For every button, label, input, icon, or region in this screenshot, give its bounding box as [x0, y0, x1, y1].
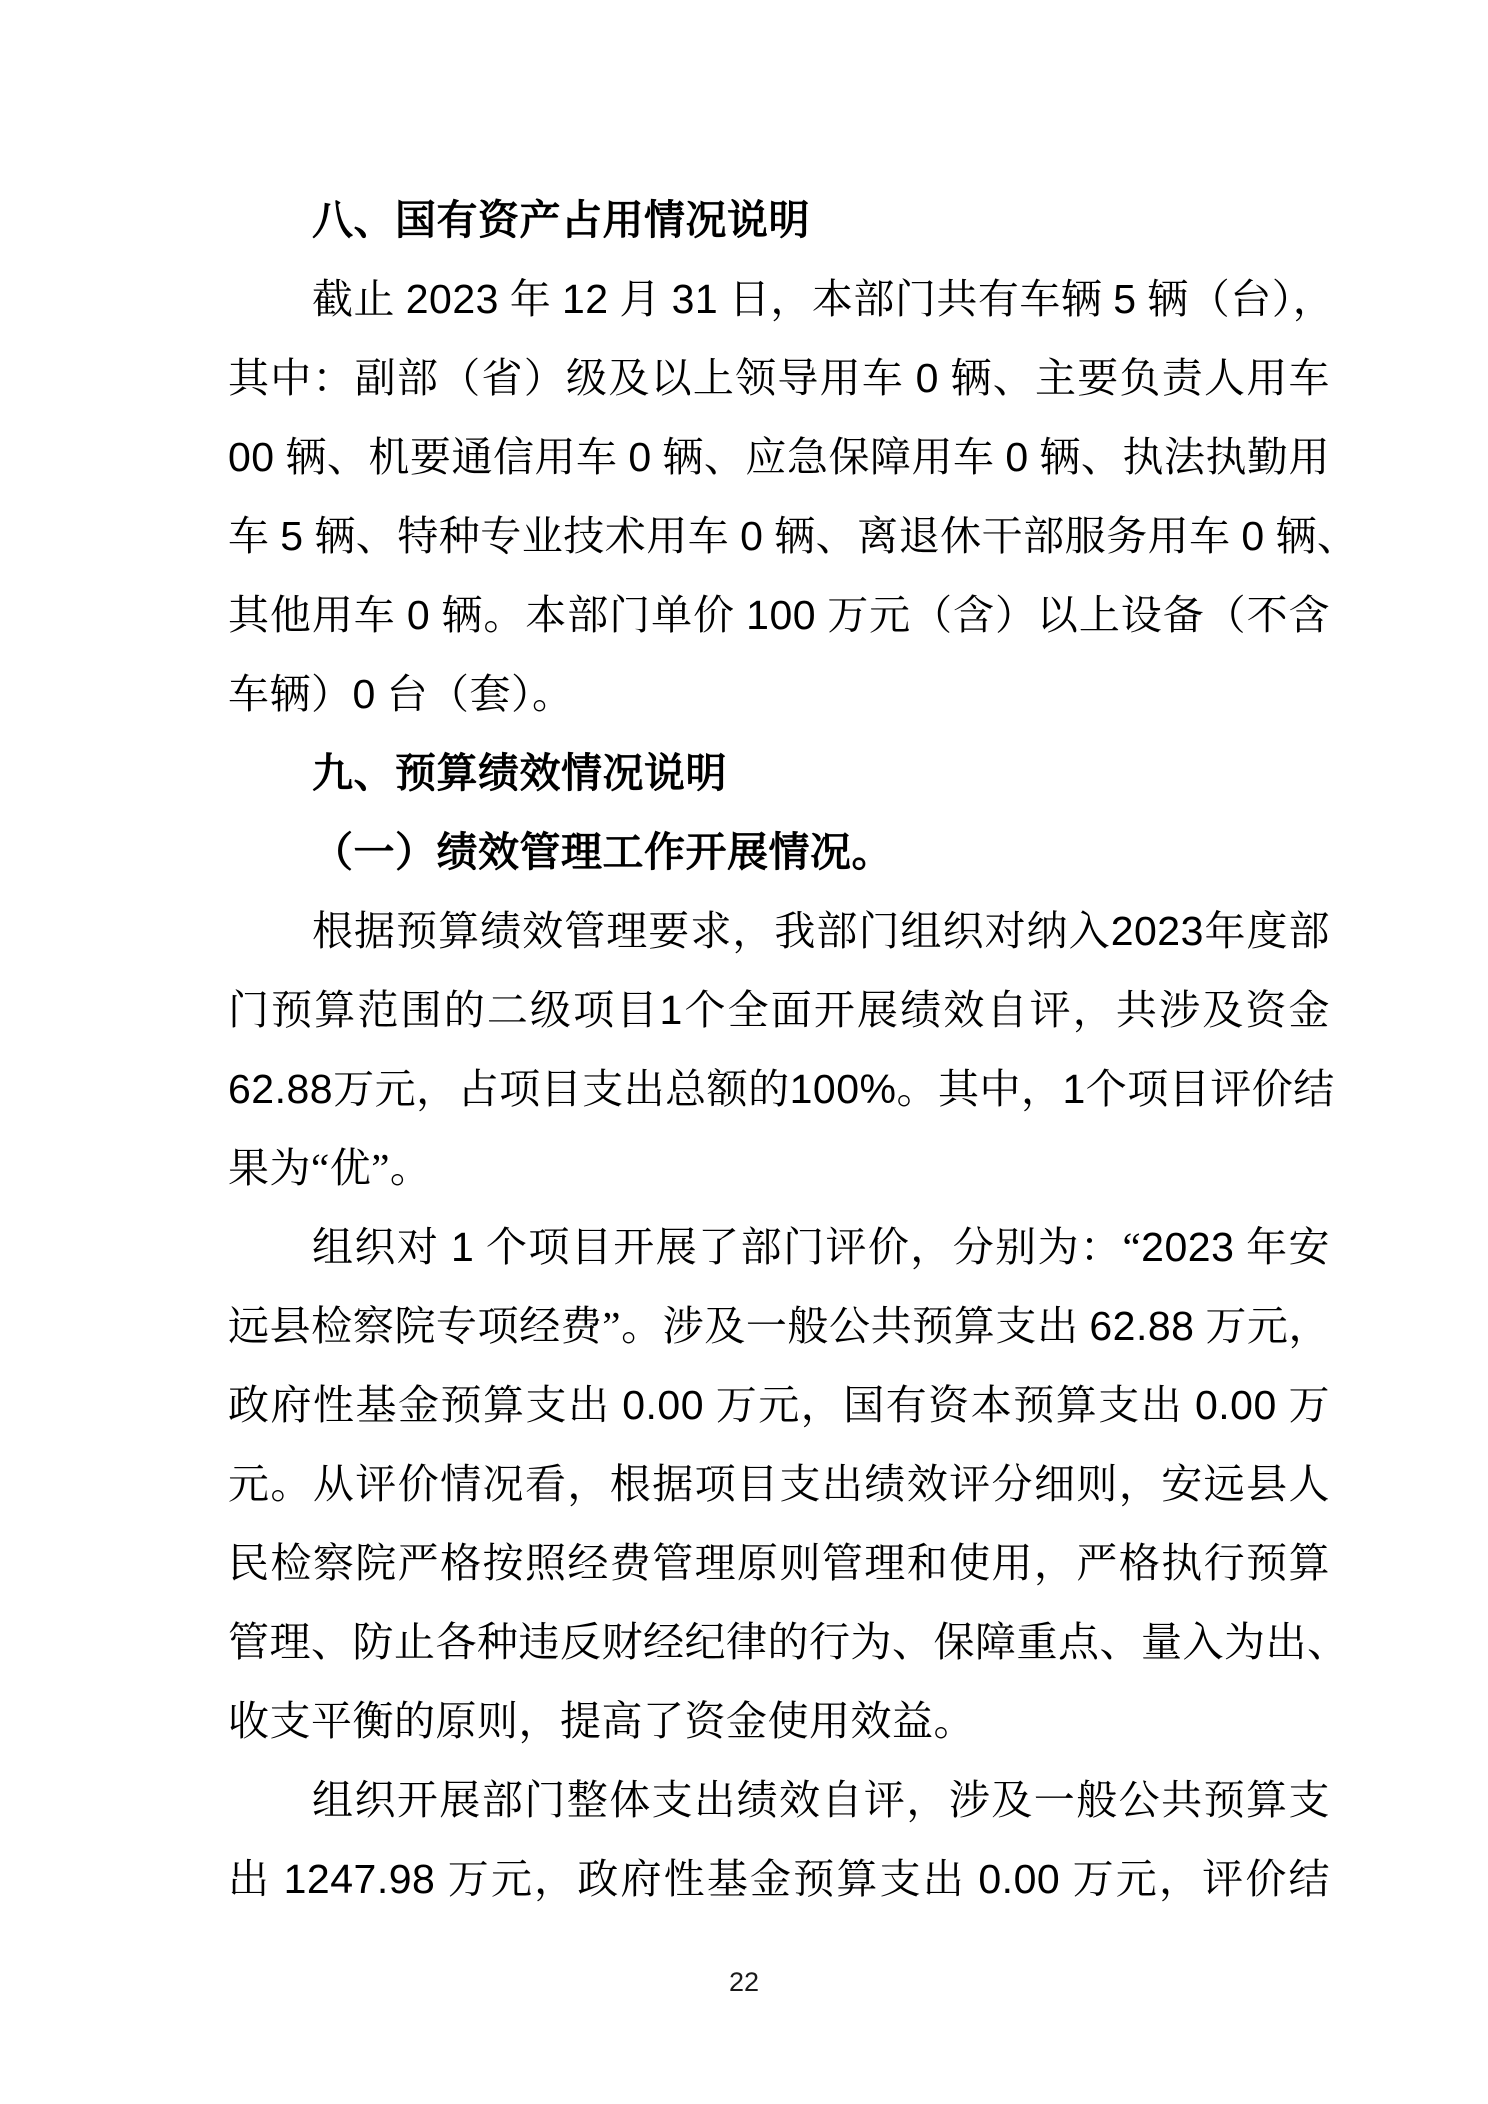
- text-line: 民检察院严格按照经费管理原则管理和使用，严格执行预算: [228, 1524, 1330, 1603]
- section-heading: 八、国有资产占用情况说明: [228, 181, 1330, 260]
- text-line: 组织对 1 个项目开展了部门评价，分别为：“2023 年安: [228, 1208, 1330, 1287]
- text-line: 其他用车 0 辆。本部门单价 100 万元（含）以上设备（不含: [228, 576, 1330, 655]
- document-page: 八、国有资产占用情况说明截止 2023 年 12 月 31 日，本部门共有车辆 …: [0, 0, 1488, 2104]
- text-line: 政府性基金预算支出 0.00 万元，国有资本预算支出 0.00 万: [228, 1366, 1330, 1445]
- section-heading: （一）绩效管理工作开展情况。: [228, 813, 1330, 892]
- numeric-text: 2023: [406, 276, 499, 322]
- text-line: 管理、防止各种违反财经纪律的行为、保障重点、量入为出、: [228, 1603, 1330, 1682]
- numeric-text: 62.88: [1089, 1303, 1194, 1349]
- text-line: 62.88万元，占项目支出总额的100%。其中，1个项目评价结: [228, 1050, 1330, 1129]
- numeric-text: 5: [1113, 276, 1136, 322]
- text-line: 车辆）0 台（套）。: [228, 655, 1330, 734]
- text-line: 元。从评价情况看，根据项目支出绩效评分细则，安远县人: [228, 1445, 1330, 1524]
- page-number: 22: [0, 1962, 1488, 2002]
- numeric-text: 1: [451, 1224, 474, 1270]
- numeric-text: 0: [407, 592, 430, 638]
- numeric-text: 2023: [1141, 1224, 1234, 1270]
- numeric-text: 0.00: [1195, 1382, 1277, 1428]
- numeric-text: 0.00: [622, 1382, 704, 1428]
- numeric-text: 1: [659, 987, 682, 1033]
- numeric-text: 0: [916, 355, 939, 401]
- text-line: 截止 2023 年 12 月 31 日，本部门共有车辆 5 辆（台），: [228, 260, 1330, 339]
- text-line: 出 1247.98 万元，政府性基金预算支出 0.00 万元，评价结: [228, 1840, 1330, 1919]
- numeric-text: 0: [353, 671, 376, 717]
- numeric-text: 12: [562, 276, 609, 322]
- numeric-text: 5: [280, 513, 303, 559]
- text-line: 收支平衡的原则，提高了资金使用效益。: [228, 1682, 1330, 1761]
- numeric-text: 62.88: [228, 1066, 333, 1112]
- text-line: 门预算范围的二级项目1个全面开展绩效自评，共涉及资金: [228, 971, 1330, 1050]
- numeric-text: 0.00: [978, 1856, 1060, 1902]
- text-line: 远县检察院专项经费”。涉及一般公共预算支出 62.88 万元，: [228, 1287, 1330, 1366]
- section-heading: 九、预算绩效情况说明: [228, 734, 1330, 813]
- text-line: 果为“优”。: [228, 1129, 1330, 1208]
- text-line: 00 辆、机要通信用车 0 辆、应急保障用车 0 辆、执法执勤用: [228, 418, 1330, 497]
- numeric-text: 1247.98: [284, 1856, 436, 1902]
- numeric-text: 100: [746, 592, 816, 638]
- numeric-text: 00: [228, 434, 275, 480]
- numeric-text: 0: [628, 434, 651, 480]
- numeric-text: 0: [740, 513, 763, 559]
- text-line: 其中：副部（省）级及以上领导用车 0 辆、主要负责人用车: [228, 339, 1330, 418]
- numeric-text: 0: [1005, 434, 1028, 480]
- text-line: 车 5 辆、特种专业技术用车 0 辆、离退休干部服务用车 0 辆、: [228, 497, 1330, 576]
- document-text-block: 八、国有资产占用情况说明截止 2023 年 12 月 31 日，本部门共有车辆 …: [228, 181, 1330, 1919]
- text-line: 组织开展部门整体支出绩效自评，涉及一般公共预算支: [228, 1761, 1330, 1840]
- numeric-text: 31: [672, 276, 719, 322]
- numeric-text: 0: [1241, 513, 1264, 559]
- numeric-text: 2023: [1111, 908, 1204, 954]
- text-line: 根据预算绩效管理要求，我部门组织对纳入2023年度部: [228, 892, 1330, 971]
- numeric-text: 1: [1062, 1066, 1085, 1112]
- numeric-text: 100%: [790, 1066, 897, 1112]
